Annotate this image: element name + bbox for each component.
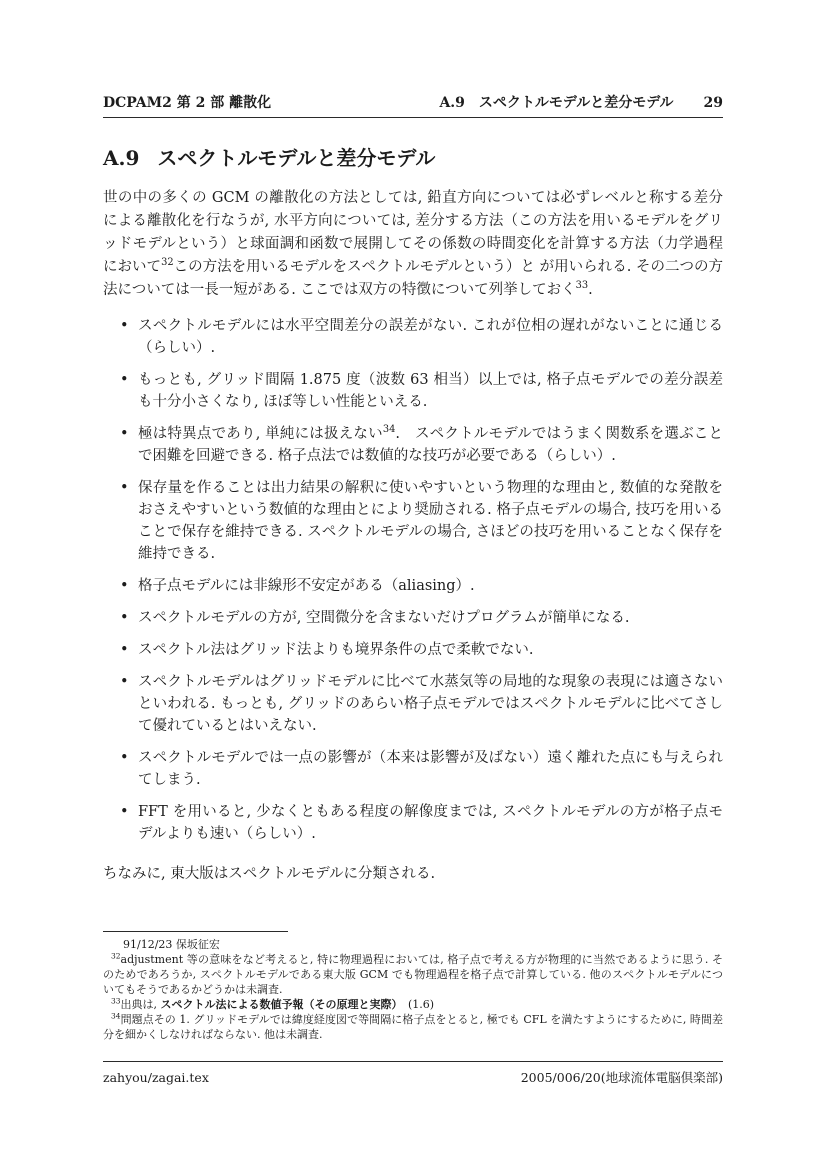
closing-paragraph: ちなみに, 東大版はスペクトルモデルに分類される.: [103, 863, 723, 886]
list-item: スペクトル法はグリッド法よりも境界条件の点で柔軟でない.: [103, 639, 723, 661]
list-item: スペクトルモデルには水平空間差分の誤差がない. これが位相の遅れがないことに通じ…: [103, 315, 723, 359]
footnote-continuation: 91/12/23 保坂征宏: [103, 937, 723, 952]
section-heading: A.9スペクトルモデルと差分モデル: [103, 145, 723, 171]
page-content: DCPAM2 第 2 部 離散化 A.9 スペクトルモデルと差分モデル 29 A…: [103, 0, 723, 886]
intro-paragraph: 世の中の多くの GCM の離散化の方法としては, 鉛直方向については必ずレベルと…: [103, 187, 723, 302]
intro-text: この方法を用いるモデルをスペクトルモデルという）と が用いられる. その二つの方…: [103, 259, 723, 298]
page-footer: zahyou/zagai.tex 2005/006/20(地球流体電脳倶楽部): [103, 1061, 723, 1086]
section-number: A.9: [103, 146, 139, 170]
footnote-marker: 34: [111, 1011, 121, 1020]
document-page: DCPAM2 第 2 部 離散化 A.9 スペクトルモデルと差分モデル 29 A…: [0, 0, 826, 1169]
intro-text: .: [588, 282, 593, 298]
list-item-text: 格子点モデルには非線形不安定がある（aliasing）.: [138, 578, 475, 594]
list-item: 格子点モデルには非線形不安定がある（aliasing）.: [103, 575, 723, 597]
header-part-title: DCPAM2 第 2 部 離散化: [103, 92, 271, 112]
list-item: もっとも, グリッド間隔 1.875 度（波数 63 相当）以上では, 格子点モ…: [103, 369, 723, 413]
list-item-text: スペクトル法はグリッド法よりも境界条件の点で柔軟でない.: [138, 642, 534, 658]
feature-list: スペクトルモデルには水平空間差分の誤差がない. これが位相の遅れがないことに通じ…: [103, 315, 723, 845]
footnote-book-title: スペクトル法による数値予報（その原理と実際）: [161, 998, 398, 1011]
footer-date-credit: 2005/006/20(地球流体電脳倶楽部): [521, 1068, 723, 1086]
list-item-text: スペクトルモデルでは一点の影響が（本来は影響が及ばない）遠く離れた点にも与えられ…: [138, 750, 723, 788]
list-item-text: FFT を用いると, 少なくともある程度の解像度までは, スペクトルモデルの方が…: [138, 804, 723, 842]
list-item-text: 保存量を作ることは出力結果の解釈に使いやすいという物理的な理由と, 数値的な発散…: [138, 480, 723, 562]
footer-file-name: zahyou/zagai.tex: [103, 1070, 209, 1085]
footnote-32: 32adjustment 等の意味をなど考えると, 特に物理過程においては, 格…: [103, 952, 723, 997]
footnote-34: 34問題点その 1. グリッドモデルでは緯度経度図で等間隔に格子点をとると, 極…: [103, 1012, 723, 1042]
footnote-marker: 33: [111, 996, 121, 1005]
list-item: FFT を用いると, 少なくともある程度の解像度までは, スペクトルモデルの方が…: [103, 801, 723, 845]
header-page-number: 29: [704, 95, 723, 111]
footnote-ref-33: 33: [576, 280, 589, 291]
running-header: DCPAM2 第 2 部 離散化 A.9 スペクトルモデルと差分モデル 29: [103, 92, 723, 118]
list-item: スペクトルモデルはグリッドモデルに比べて水蒸気等の局地的な現象の表現には適さない…: [103, 671, 723, 737]
footnote-text: 出典は,: [121, 998, 161, 1011]
footnote-separator-rule: [103, 931, 288, 932]
header-section-title: A.9 スペクトルモデルと差分モデル: [439, 92, 673, 112]
list-item: スペクトルモデルの方が, 空間微分を含まないだけプログラムが簡単になる.: [103, 607, 723, 629]
footnote-text: adjustment 等の意味をなど考えると, 特に物理過程においては, 格子点…: [103, 953, 723, 996]
footnote-text: 問題点その 1. グリッドモデルでは緯度経度図で等間隔に格子点をとると, 極でも…: [103, 1013, 723, 1041]
list-item-text: 極は特異点であり, 単純には扱えない: [138, 426, 383, 442]
footnote-ref-32: 32: [161, 257, 174, 268]
list-item-text: スペクトルモデルには水平空間差分の誤差がない. これが位相の遅れがないことに通じ…: [138, 318, 723, 356]
list-item-text: もっとも, グリッド間隔 1.875 度（波数 63 相当）以上では, 格子点モ…: [138, 372, 723, 410]
section-title: スペクトルモデルと差分モデル: [157, 146, 435, 170]
list-item-text: スペクトルモデルはグリッドモデルに比べて水蒸気等の局地的な現象の表現には適さない…: [138, 674, 723, 734]
footnote-text: 91/12/23 保坂征宏: [123, 938, 220, 951]
footnote-text: (1.6): [397, 998, 434, 1011]
list-item: 極は特異点であり, 単純には扱えない34. スペクトルモデルではうまく関数系を選…: [103, 423, 723, 467]
footnote-33: 33出典は, スペクトル法による数値予報（その原理と実際） (1.6): [103, 997, 723, 1012]
list-item: 保存量を作ることは出力結果の解釈に使いやすいという物理的な理由と, 数値的な発散…: [103, 477, 723, 565]
header-right-group: A.9 スペクトルモデルと差分モデル 29: [439, 92, 723, 112]
footnotes-block: 91/12/23 保坂征宏 32adjustment 等の意味をなど考えると, …: [103, 931, 723, 1042]
footnote-ref-34: 34: [383, 424, 396, 435]
footnote-marker: 32: [111, 951, 121, 960]
list-item: スペクトルモデルでは一点の影響が（本来は影響が及ばない）遠く離れた点にも与えられ…: [103, 747, 723, 791]
list-item-text: スペクトルモデルの方が, 空間微分を含まないだけプログラムが簡単になる.: [138, 610, 629, 626]
